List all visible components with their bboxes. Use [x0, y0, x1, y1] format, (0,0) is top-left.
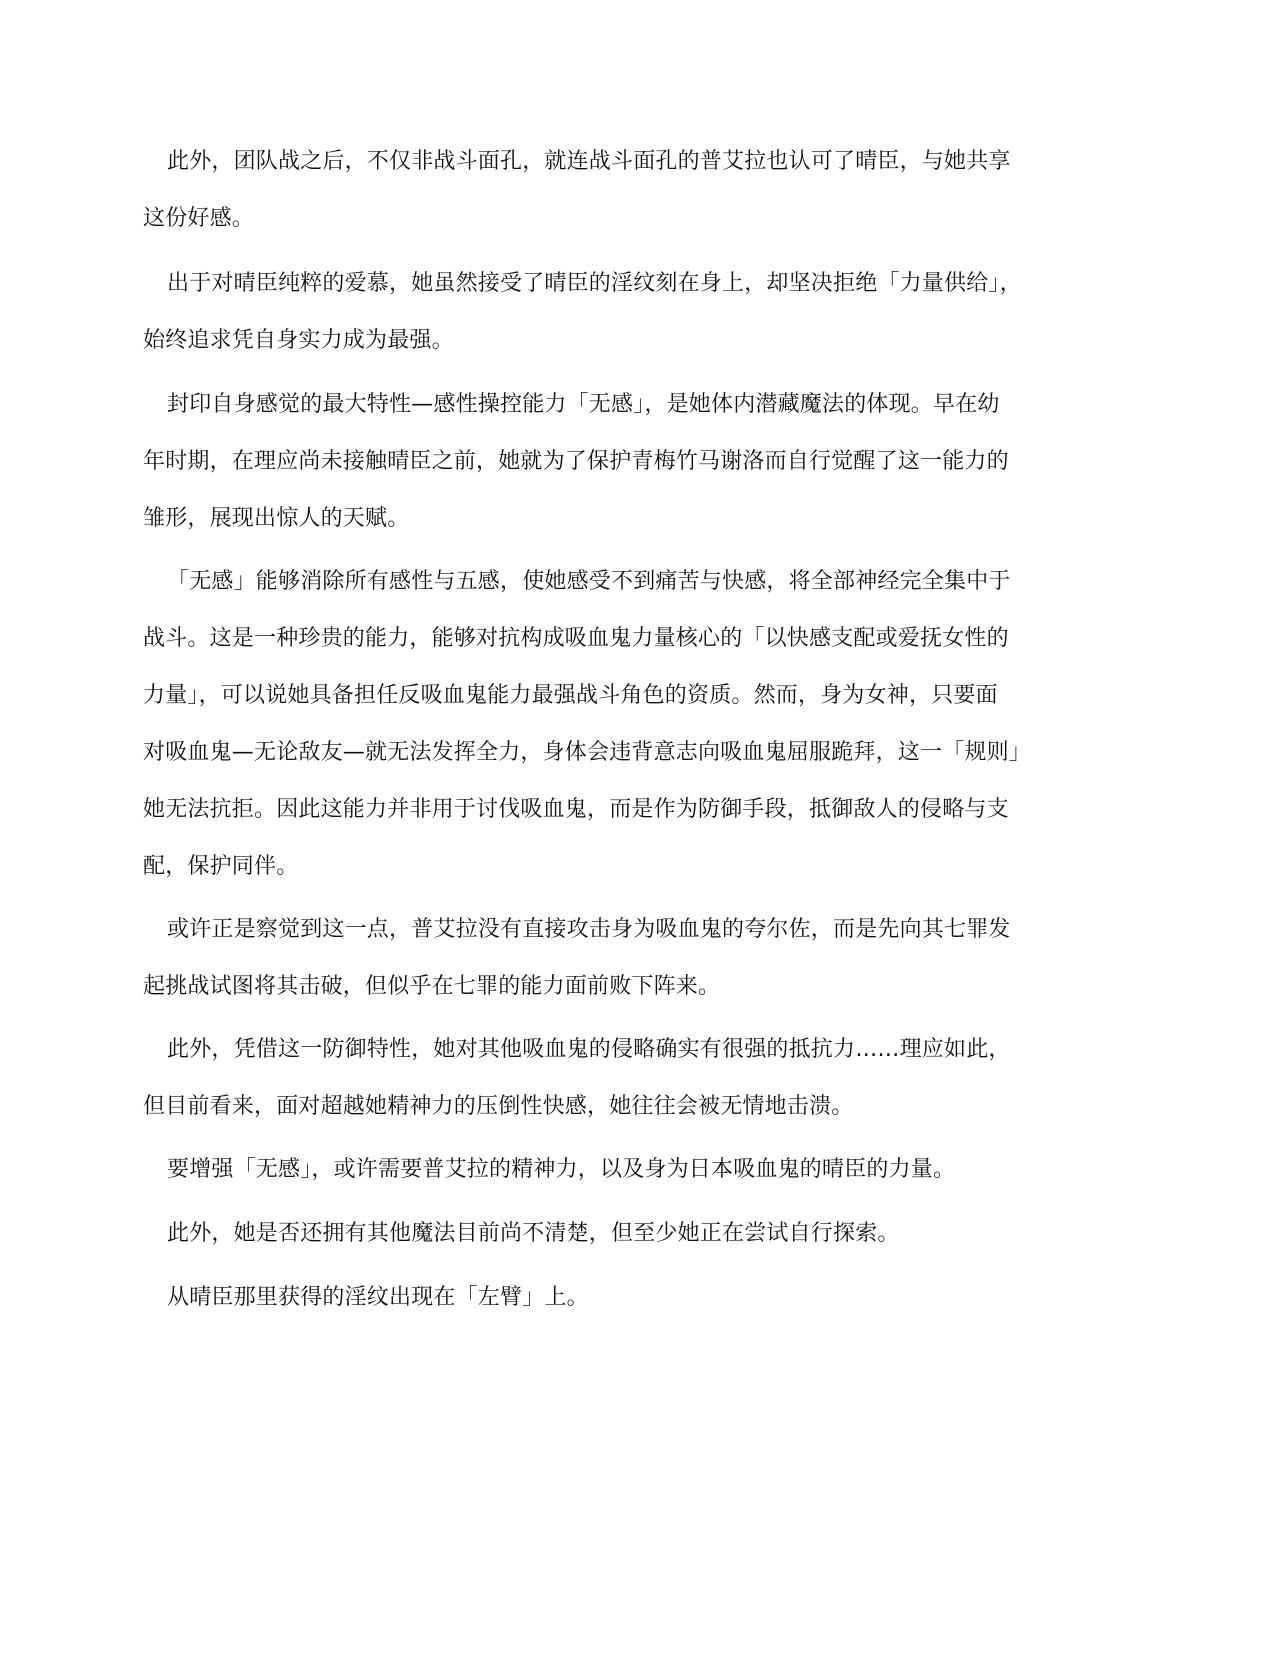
paragraph-5-line-2: 起挑战试图将其击破，但似乎在七罪的能力面前败下阵来。 [143, 972, 720, 1002]
paragraph-4-line-5: 她无法抗拒。因此这能力并非用于讨伐吸血鬼，而是作为防御手段，抵御敌人的侵略与支 [143, 795, 1009, 825]
paragraph-2-line-1: 出于对晴臣纯粹的爱慕，她虽然接受了晴臣的淫纹刻在身上，却坚决拒绝「力量供给」， [167, 269, 1022, 299]
paragraph-4-line-3: 力量」，可以说她具备担任反吸血鬼能力最强战斗角色的资质。然而，身为女神，只要面 [143, 681, 998, 711]
paragraph-8-line-1: 此外，她是否还拥有其他魔法目前尚不清楚，但至少她正在尝试自行探索。 [167, 1219, 900, 1249]
paragraph-3-line-2: 年时期，在理应尚未接触晴臣之前，她就为了保护青梅竹马谢洛而自行觉醒了这一能力的 [143, 447, 1009, 477]
paragraph-5-line-1: 或许正是察觉到这一点，普艾拉没有直接攻击身为吸血鬼的夸尔佐，而是先向其七罪发 [167, 915, 1011, 945]
paragraph-4-line-1: 「无感」能够消除所有感性与五感，使她感受不到痛苦与快感，将全部神经完全集中于 [167, 567, 1011, 597]
paragraph-6-line-2: 但目前看来，面对超越她精神力的压倒性快感，她往往会被无情地击溃。 [143, 1092, 853, 1122]
paragraph-1-line-1: 此外，团队战之后，不仅非战斗面孔，就连战斗面孔的普艾拉也认可了晴臣，与她共享 [167, 147, 1011, 177]
paragraph-4-line-2: 战斗。这是一种珍贵的能力，能够对抗构成吸血鬼力量核心的「以快感支配或爱抚女性的 [143, 624, 1009, 654]
document-page: 此外，团队战之后，不仅非战斗面孔，就连战斗面孔的普艾拉也认可了晴臣，与她共享 这… [0, 0, 1280, 1656]
paragraph-1-line-2: 这份好感。 [143, 204, 254, 234]
paragraph-3-line-3: 雏形，展现出惊人的天赋。 [143, 504, 409, 534]
paragraph-4-line-4: 对吸血鬼—无论敌友—就无法发挥全力，身体会违背意志向吸血鬼屈服跪拜，这一「规则」 [143, 738, 1031, 768]
paragraph-6-line-1: 此外，凭借这一防御特性，她对其他吸血鬼的侵略确实有很强的抵抗力……理应如此， [167, 1035, 1011, 1065]
paragraph-7-line-1: 要增强「无感」，或许需要普艾拉的精神力，以及身为日本吸血鬼的晴臣的力量。 [167, 1155, 955, 1185]
paragraph-3-line-1: 封印自身感觉的最大特性—感性操控能力「无感」，是她体内潜藏魔法的体现。早在幼 [167, 390, 1000, 420]
paragraph-2-line-2: 始终追求凭自身实力成为最强。 [143, 326, 454, 356]
paragraph-9-line-1: 从晴臣那里获得的淫纹出现在「左臂」上。 [167, 1283, 589, 1313]
paragraph-4-line-6: 配，保护同伴。 [143, 852, 298, 882]
